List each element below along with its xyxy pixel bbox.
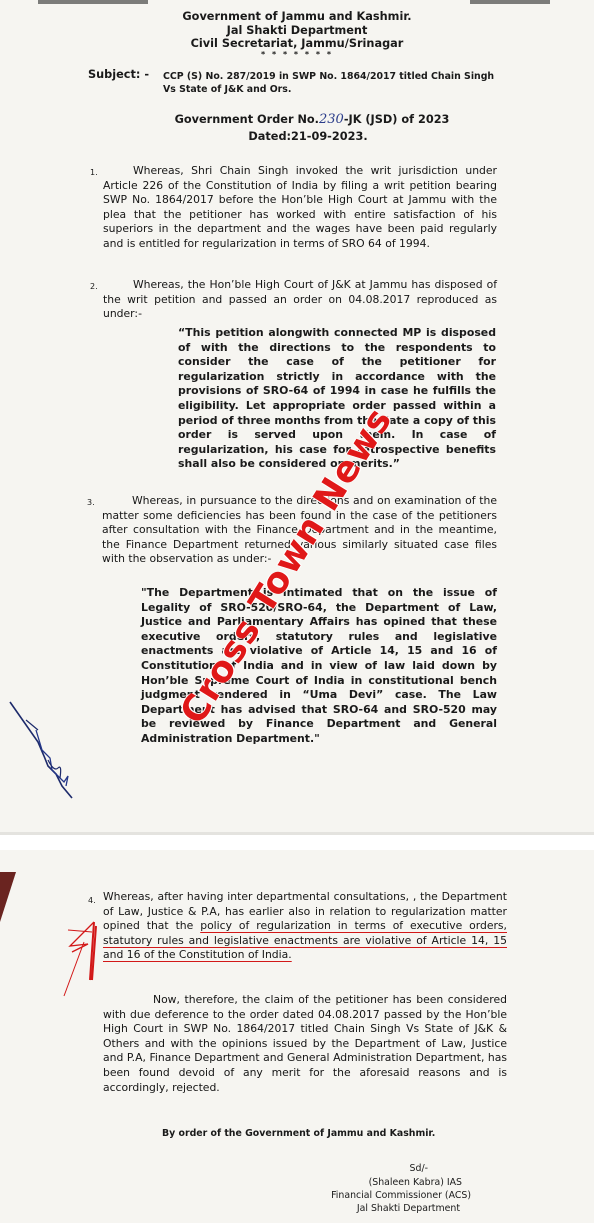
signatory-designation: Financial Commissioner (ACS): [0, 1189, 594, 1202]
para-1-number: 1.: [90, 168, 98, 177]
order-prefix: Government Order No.: [175, 113, 319, 126]
letterhead: Government of Jammu and Kashmir. Jal Sha…: [0, 10, 594, 51]
signature-sd: Sd/-: [0, 1162, 594, 1175]
status-icons-right: [470, 0, 550, 4]
separator-stars: * * * * * * *: [0, 50, 594, 59]
para-2-number: 2.: [90, 282, 98, 291]
letterhead-department: Jal Shakti Department: [0, 24, 594, 38]
order-number: Government Order No.230-JK (JSD) of 2023: [0, 112, 594, 127]
order-handwritten-number: 230: [319, 112, 344, 127]
signatory-name: (Shaleen Kabra) IAS: [0, 1176, 594, 1189]
paragraph-2-text: Whereas, the Hon’ble High Court of J&K a…: [103, 278, 497, 320]
status-icons-left: [38, 0, 148, 4]
subject-text: CCP (S) No. 287/2019 in SWP No. 1864/201…: [163, 70, 503, 96]
page-edge-shadow: [0, 872, 16, 922]
status-bar-fragment: [0, 0, 594, 6]
order-suffix: -JK (JSD) of 2023: [344, 113, 450, 126]
letterhead-government: Government of Jammu and Kashmir.: [0, 10, 594, 24]
paragraph-2: Whereas, the Hon’ble High Court of J&K a…: [103, 278, 497, 322]
document-page-1: Government of Jammu and Kashmir. Jal Sha…: [0, 0, 594, 835]
order-date: Dated:21-09-2023.: [0, 130, 594, 143]
margin-signature-icon: [8, 700, 78, 800]
signatory-department: Jal Shakti Department: [0, 1202, 594, 1215]
conclusion-paragraph: Now, therefore, the claim of the petitio…: [103, 993, 507, 1095]
letterhead-address: Civil Secretariat, Jammu/Srinagar: [0, 37, 594, 51]
red-arrow-annotation-icon: [0, 920, 110, 1020]
paragraph-1-text: Whereas, Shri Chain Singh invoked the wr…: [103, 164, 497, 250]
para-3-number: 3.: [87, 498, 95, 507]
paragraph-1: Whereas, Shri Chain Singh invoked the wr…: [103, 164, 497, 252]
para-4-number: 4.: [88, 896, 96, 905]
conclusion-text: Now, therefore, the claim of the petitio…: [103, 993, 507, 1094]
subject-label: Subject: -: [88, 68, 149, 81]
paragraph-4: Whereas, after having inter departmental…: [103, 890, 507, 963]
closing-line: By order of the Government of Jammu and …: [162, 1128, 435, 1139]
